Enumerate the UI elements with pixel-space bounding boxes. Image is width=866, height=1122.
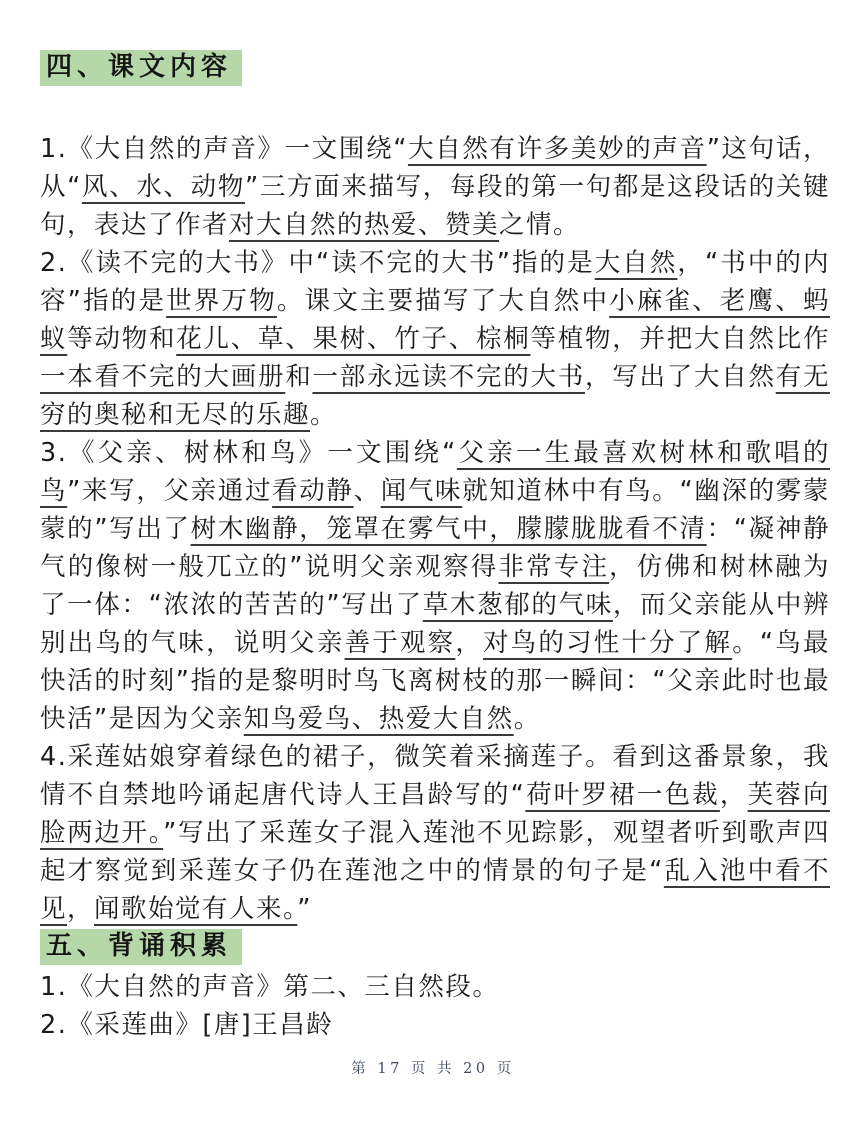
text-segment: ” xyxy=(297,894,312,924)
text-segment: 、 xyxy=(354,476,381,506)
underlined-text: 一本看不完的大画册 xyxy=(40,362,285,392)
underlined-text: 草木葱郁的气味 xyxy=(423,590,613,620)
underlined-text: 大自然有许多美妙的声音 xyxy=(408,134,707,164)
text-segment: ，写出了大自然 xyxy=(585,362,776,392)
text-segment: 1.《大自然的声音》一文围绕“ xyxy=(40,134,408,164)
text-segment: ， xyxy=(455,628,483,658)
section-5-heading: 五、背诵积累 xyxy=(40,929,242,965)
text-segment: 3.《父亲、树林和鸟》一文围绕“ xyxy=(40,438,457,468)
text-segment: 。 xyxy=(310,400,337,430)
text-segment: 等动物和 xyxy=(67,324,176,354)
underlined-text: 善于观察 xyxy=(345,628,456,658)
text-segment: 。课文主要描写了大自然中 xyxy=(277,286,609,316)
underlined-text: 对大自然的热爱、赞美 xyxy=(229,210,499,240)
underlined-text: 树木幽静，笼罩在雾气中，朦朦胧胧看不清 xyxy=(191,514,707,544)
paragraph-3: 3.《父亲、树林和鸟》一文围绕“父亲一生最喜欢树林和歌唱的鸟”来写，父亲通过看动… xyxy=(40,434,830,738)
underlined-text: 风、水、动物 xyxy=(82,172,245,202)
text-segment: ， xyxy=(67,894,94,924)
document-body: 1.《大自然的声音》一文围绕“大自然有许多美妙的声音”这句话，从“风、水、动物”… xyxy=(40,130,830,1044)
text-segment: 和 xyxy=(285,362,312,392)
document-page: 四、课文内容 1.《大自然的声音》一文围绕“大自然有许多美妙的声音”这句话，从“… xyxy=(0,0,866,1122)
underlined-text: 世界万物 xyxy=(166,286,277,316)
text-segment: 等植物，并把大自然比作 xyxy=(530,324,829,354)
underlined-text: 闻歌始觉有人来。 xyxy=(94,894,297,924)
section-4-heading-row: 四、课文内容 xyxy=(40,50,830,86)
underlined-text: 看动静 xyxy=(272,476,353,506)
underlined-text: 一部永远读不完的大书 xyxy=(312,362,584,392)
paragraph-2: 2.《读不完的大书》中“读不完的大书”指的是大自然，“书中的内容”指的是世界万物… xyxy=(40,244,830,434)
underlined-text: 大自然 xyxy=(595,248,678,278)
underlined-text: 荷叶罗裙一色裁 xyxy=(525,780,720,810)
underlined-text: 花儿、草、果树、竹子、棕桐 xyxy=(176,324,530,354)
text-segment: 。 xyxy=(514,704,541,734)
page-footer: 第 17 页 共 20 页 xyxy=(0,1057,866,1078)
memorize-item-1: 1.《大自然的声音》第二、三自然段。 xyxy=(40,968,830,1006)
text-segment: ”来写，父亲通过 xyxy=(67,476,272,506)
underlined-text: 知鸟爱鸟、热爱大自然 xyxy=(244,704,514,734)
section-4-heading: 四、课文内容 xyxy=(40,50,242,86)
memorize-item-2: 2.《采莲曲》[唐]王昌龄 xyxy=(40,1006,830,1044)
section-5-heading-row: 五、背诵积累 xyxy=(40,929,830,965)
text-segment: 之情。 xyxy=(499,210,580,240)
underlined-text: 闻气味 xyxy=(381,476,462,506)
text-segment: ， xyxy=(720,780,748,810)
paragraph-4: 4.采莲姑娘穿着绿色的裙子，微笑着采摘莲子。看到这番景象，我情不自禁地吟诵起唐代… xyxy=(40,738,830,928)
paragraph-1: 1.《大自然的声音》一文围绕“大自然有许多美妙的声音”这句话，从“风、水、动物”… xyxy=(40,130,830,244)
text-segment: 2.《读不完的大书》中“读不完的大书”指的是 xyxy=(40,248,595,278)
underlined-text: 非常专注 xyxy=(498,552,609,582)
underlined-text: 对鸟的习性十分了解 xyxy=(483,628,732,658)
